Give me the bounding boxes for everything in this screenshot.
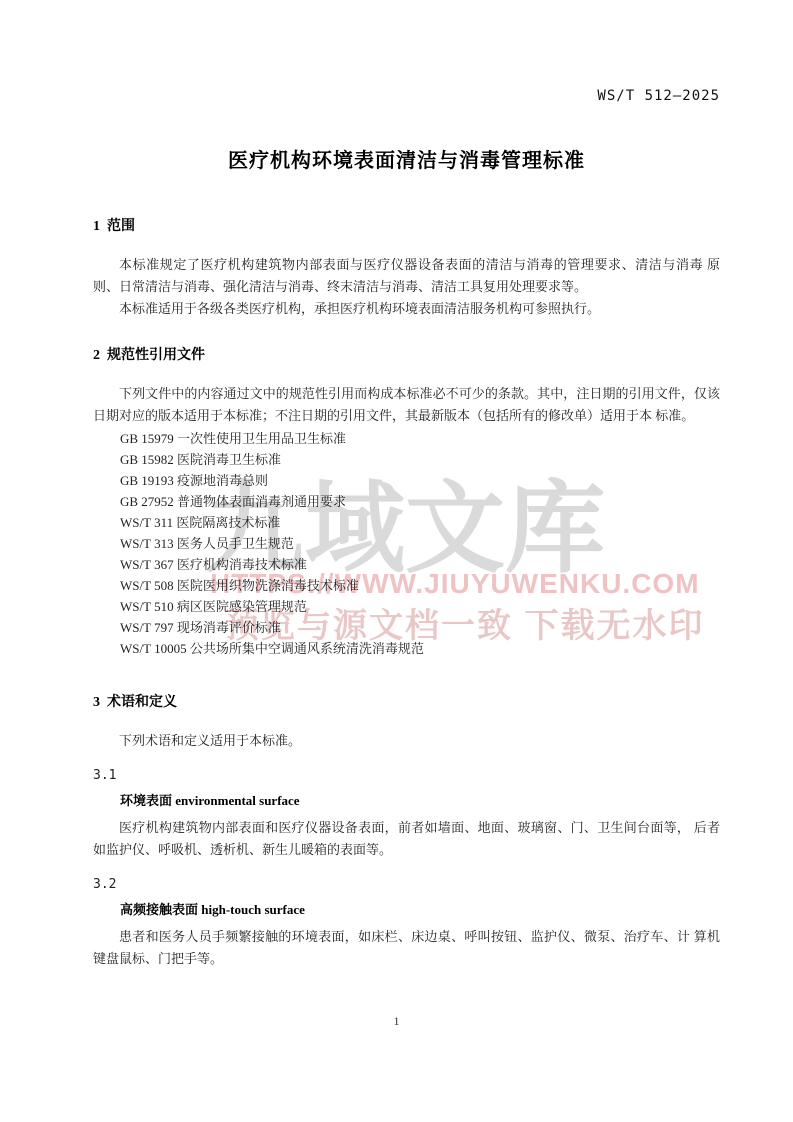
reference-list: GB 15979 一次性使用卫生用品卫生标准 GB 15982 医院消毒卫生标准…: [120, 428, 720, 659]
term-block: 3.1 环境表面 environmental surface 医疗机构建筑物内部…: [93, 765, 720, 861]
term-number: 3.2: [93, 874, 720, 896]
reference-item: WS/T 311 医院隔离技术标准: [120, 512, 720, 533]
reference-item: WS/T 10005 公共场所集中空调通风系统清洗消毒规范: [120, 638, 720, 659]
references-intro-paragraph: 下列文件中的内容通过文中的规范性引用而构成本标准必不可少的条款。其中，注日期的引…: [93, 383, 720, 427]
reference-item: WS/T 367 医疗机构消毒技术标准: [120, 554, 720, 575]
document-title: 医疗机构环境表面清洁与消毒管理标准: [93, 144, 720, 173]
standard-code: WS/T 512—2025: [93, 88, 720, 104]
term-number: 3.1: [93, 765, 720, 787]
section-scope-heading: 1 范围: [93, 215, 720, 235]
reference-item: WS/T 508 医院医用织物洗涤消毒技术标准: [120, 575, 720, 596]
term-definition: 医疗机构建筑物内部表面和医疗仪器设备表面，前者如墙面、地面、玻璃窗、门、卫生间台…: [93, 817, 720, 861]
scope-paragraph: 本标准规定了医疗机构建筑物内部表面与医疗仪器设备表面的清洁与消毒的管理要求、清洁…: [93, 254, 720, 298]
document-page: 九域文库 HTTPS://WWW.JIUYUWENKU.COM 预览与源文档一致…: [0, 0, 793, 1122]
reference-item: WS/T 510 病区医院感染管理规范: [120, 596, 720, 617]
terms-intro-paragraph: 下列术语和定义适用于本标准。: [93, 730, 720, 752]
document-content: WS/T 512—2025 医疗机构环境表面清洁与消毒管理标准 1 范围 本标准…: [0, 0, 793, 1122]
reference-item: GB 19193 疫源地消毒总则: [120, 470, 720, 491]
reference-item: GB 15982 医院消毒卫生标准: [120, 449, 720, 470]
term-name: 环境表面 environmental surface: [120, 790, 720, 812]
page-number: 1: [0, 1014, 793, 1029]
reference-item: GB 27952 普通物体表面消毒剂通用要求: [120, 491, 720, 512]
term-name: 高频接触表面 high-touch surface: [120, 899, 720, 921]
reference-item: GB 15979 一次性使用卫生用品卫生标准: [120, 428, 720, 449]
section-terms-heading: 3 术语和定义: [93, 691, 720, 711]
term-definition: 患者和医务人员手频繁接触的环境表面，如床栏、床边桌、呼叫按钮、监护仪、微泵、治疗…: [93, 926, 720, 970]
term-block: 3.2 高频接触表面 high-touch surface 患者和医务人员手频繁…: [93, 874, 720, 970]
section-references-heading: 2 规范性引用文件: [93, 344, 720, 364]
reference-item: WS/T 313 医务人员手卫生规范: [120, 533, 720, 554]
scope-paragraph: 本标准适用于各级各类医疗机构，承担医疗机构环境表面清洁服务机构可参照执行。: [93, 298, 720, 320]
reference-item: WS/T 797 现场消毒评价标准: [120, 617, 720, 638]
